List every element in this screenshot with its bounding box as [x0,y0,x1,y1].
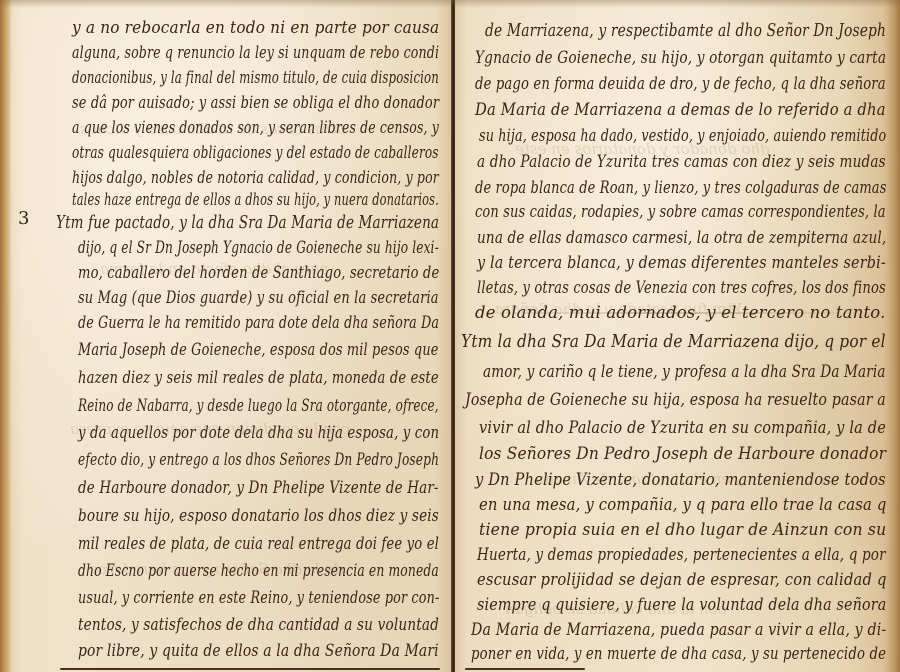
manuscript-line: y a no rebocarla en todo ni en parte por… [72,20,439,37]
folio-margin-number: 3 [18,208,29,229]
left-page-edge-stain [0,0,12,672]
manuscript-line: hijos dalgo, nobles de notoria calidad, … [72,170,439,187]
manuscript-line: Ygnacio de Goieneche, su hijo, y otorgan… [475,50,886,67]
manuscript-line: tentos, y satisfechos de dha cantidad a … [78,617,439,634]
manuscript-line: donacionibus, y la final del mismo titul… [72,70,439,87]
manuscript-line: siempre q quisiere, y fuere la voluntad … [477,597,886,614]
manuscript-line: Ytm la dha Sra Da Maria de Marriazena di… [461,333,886,351]
top-edge-shadow [0,0,900,8]
manuscript-line: hazen diez y seis mil reales de plata, m… [78,370,439,387]
manuscript-line: y Dn Phelipe Vizente, donatario, manteni… [475,472,886,489]
manuscript-line: su Mag (que Dios guarde) y su oficial en… [78,290,439,307]
manuscript-line: Ytm fue pactado, y la dha Sra Da Maria d… [56,214,439,232]
manuscript-line: Da Maria de Marriazena a demas de lo ref… [475,102,886,119]
manuscript-line: tiene propia suia en el dho lugar de Ain… [479,522,886,539]
manuscript-line: se dâ por auisado; y assi bien se obliga… [72,95,439,112]
manuscript-line: y da aquellos por dote dela dha su hija … [78,425,439,442]
manuscript-line: lletas, y otras cosas de Venezia con tre… [477,280,886,297]
manuscript-line: alguna, sobre q renuncio la ley si unqua… [72,45,439,62]
manuscript-line: de Guerra le ha remitido para dote dela … [78,315,439,332]
manuscript-line: mo, caballero del horden de Santhiago, s… [78,265,439,282]
closing-rule-line [465,668,585,670]
manuscript-line: a que los vienes donados son, y seran li… [72,120,439,137]
manuscript-line: Josepha de Goieneche su hija, esposa ha … [465,392,886,409]
manuscript-line: de pago en forma deuida de dro, y de fec… [475,76,886,93]
manuscript-line: los Señores Dn Pedro Joseph de Harboure … [479,446,886,463]
manuscript-line: y la tercera blanca, y demas diferentes … [477,255,886,272]
manuscript-line: Da Maria de Marriazena, pueda pasar a vi… [471,622,886,639]
manuscript-line: efecto dio, y entrego a los dhos Señores… [78,452,439,469]
manuscript-line: Maria Joseph de Goieneche, esposa dos mi… [78,342,439,359]
manuscript-line: vivir al dho Palacio de Yzurita en su co… [479,420,886,437]
closing-rule-line [60,668,440,670]
manuscript-line: su hija, esposa ha dado, vestido, y enjo… [479,128,886,145]
manuscript-line: de Marriazena, y respectibamte al dho Se… [485,22,886,40]
manuscript-line: de ropa blanca de Roan, y lienzo, y tres… [475,180,887,197]
manuscript-line: de olanda, mui adornados, y el tercero n… [475,305,885,322]
manuscript-line: boure su hijo, esposo donatario los dhos… [78,508,439,525]
manuscript-line: poner en vida, y en muerte de dha casa, … [471,646,886,663]
manuscript-line: dijo, q el Sr Dn Joseph Ygnacio de Goien… [78,240,439,257]
manuscript-line: mil reales de plata, de cuia real entreg… [78,536,439,553]
manuscript-line: amor, y cariño q le tiene, y profesa a l… [483,364,886,381]
manuscript-line: una de ellas damasco carmesi, la otra de… [477,230,886,247]
manuscript-line: dho Escno por auerse hecho en mi presenc… [78,563,439,580]
right-page-edge-fold [886,0,900,672]
right-page: dho donador y donatarios en este Ytm fue… [455,0,900,672]
manuscript-line: escusar prolijidad se dejan de espresar,… [477,572,887,589]
manuscript-line: con sus caidas, rodapies, y sobre camas … [475,204,886,221]
manuscript-line: Huerta, y demas propiedades, pertenecien… [477,547,886,564]
manuscript-line: otras qualesquiera obligaciones y del es… [72,145,439,162]
manuscript-line: a dho Palacio de Yzurita tres camas con … [477,154,886,171]
manuscript-line: Reino de Nabarra, y desde luego la Sra o… [78,398,439,415]
manuscript-line: en una mesa, y compañia, y q para ello t… [479,497,887,514]
left-page: otras cosas de la dha casa y dichos para… [0,0,453,672]
manuscript-line: por libre, y quita de ellos a la dha Señ… [78,643,439,660]
manuscript-line: de Harboure donador, y Dn Phelipe Vizent… [78,480,439,497]
manuscript-line: tales haze entrega de ellos a dhos su hi… [72,192,439,209]
manuscript-line: usual, y corriente en este Reino, y teni… [78,590,439,607]
manuscript-spread: otras cosas de la dha casa y dichos para… [0,0,900,672]
